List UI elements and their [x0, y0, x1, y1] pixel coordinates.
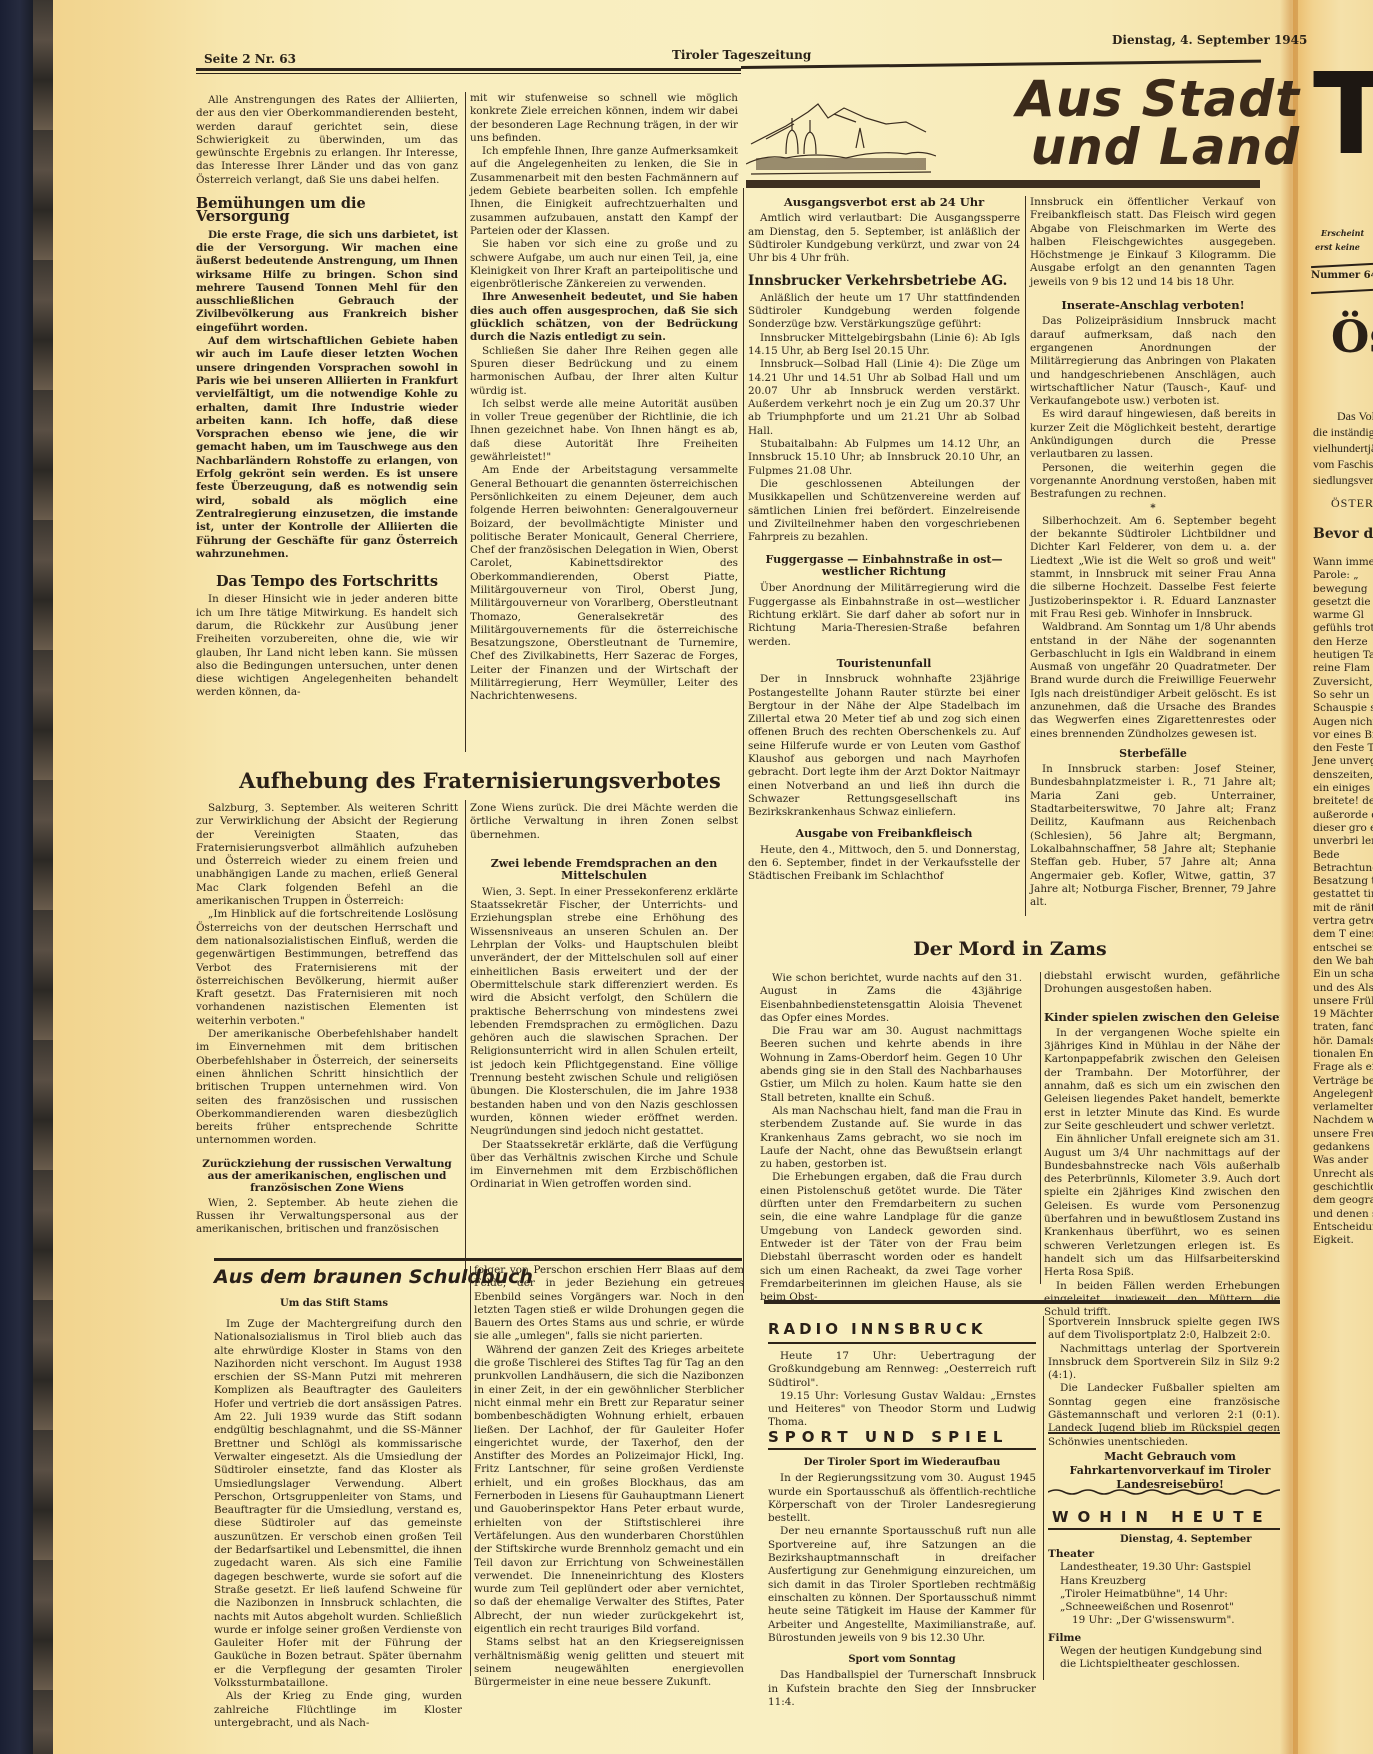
banner-rule [746, 180, 1260, 188]
paragraph: Der amerikanische Oberbefehlshaber hande… [196, 1028, 458, 1148]
subheadline-freibank: Ausgabe von Freibankfleisch [748, 827, 1020, 840]
subheadline-inserate: Inserate-Anschlag verboten! [1030, 299, 1276, 312]
banner-line-1: Aus Stadt [935, 75, 1300, 123]
paragraph: Heute 17 Uhr: Uebertragung der Großkundg… [768, 1350, 1036, 1390]
paragraph: Wien, 3. Sept. In einer Pressekonferenz … [470, 886, 738, 1139]
lead-line: die inständige [1313, 424, 1373, 440]
article-col2: mit wir stufenweise so schnell wie mögli… [470, 92, 738, 704]
title-underline [1048, 1528, 1280, 1530]
paragraph: 19.15 Uhr: Vorlesung Gustav Waldau: „Ern… [768, 1390, 1036, 1430]
headline-mord-zams: Der Mord in Zams [750, 938, 1270, 960]
paragraph: Stubaitalbahn: Ab Fulpmes um 14.12 Uhr, … [748, 438, 1020, 478]
wohin-listing: Theater Landestheater, 19.30 Uhr: Gastsp… [1048, 1548, 1280, 1672]
paragraph: Als man Nachschau hielt, fand man die Fr… [760, 1105, 1022, 1171]
headline-sport: SPORT UND SPIEL [768, 1428, 1008, 1446]
next-page-sub2: erst keine [1315, 242, 1360, 252]
subheadline-ivb: Innsbrucker Verkehrsbetriebe AG. [748, 275, 1020, 288]
paragraph: Nachmittags unterlag der Sportverein Inn… [1048, 1343, 1280, 1383]
subheadline-touristenunfall: Touristenunfall [748, 657, 1020, 670]
paragraph: Die erste Frage, die sich uns darbietet,… [196, 229, 458, 335]
paragraph: Es wird darauf hingewiesen, daß bereits … [1030, 408, 1276, 461]
sport-col2: Sportverein Innsbruck spielte gegen IWS … [1048, 1316, 1280, 1449]
paragraph: Der Staatssekretär erklärte, daß die Ver… [470, 1139, 738, 1192]
section-rule [214, 1258, 742, 1261]
paragraph: Sie haben vor sich eine zu große und zu … [470, 238, 738, 291]
paragraph: Während der ganzen Zeit des Krieges arbe… [474, 1344, 744, 1637]
column-divider [470, 1266, 471, 1676]
lead-line: Das Volk [1313, 408, 1373, 424]
paragraph: diebstahl erwischt wurden, gefährliche D… [1044, 970, 1280, 997]
article-mord-col1: Wie schon berichtet, wurde nachts auf de… [760, 972, 1022, 1304]
next-page-issue: Nummer 64 / [1311, 270, 1373, 281]
subheadline-kinder: Kinder spielen zwischen den Geleisen [1044, 1011, 1280, 1024]
page-number: Seite 2 Nr. 63 [204, 52, 296, 66]
masthead-rule [196, 73, 741, 74]
subheadline-ausgangsverbot: Ausgangsverbot erst ab 24 Uhr [748, 196, 1020, 209]
next-page-title: Ti [1313, 60, 1373, 170]
paragraph: Amtlich wird verlautbart: Die Ausgangssp… [748, 212, 1020, 265]
title-underline [768, 1342, 1036, 1344]
listing-item: „Tiroler Heimatbühne", 14 Uhr: „Schneewe… [1048, 1588, 1280, 1615]
paragraph: Innsbrucker Mittelgebirgsbahn (Linie 6):… [748, 332, 1020, 359]
article-fraternisierung-col1: Salzburg, 3. September. Als weiteren Sch… [196, 802, 458, 1237]
paragraph: In Innsbruck starben: Josef Steiner, Bun… [1030, 763, 1276, 909]
paragraph: Schließen Sie daher Ihre Reihen gegen al… [470, 345, 738, 398]
next-page-lead: Das Volk die inständige vielhundertjä vo… [1313, 408, 1373, 488]
newspaper-name: Tiroler Tageszeitung [672, 48, 811, 62]
subheadline-tempo: Das Tempo des Fortschritts [196, 575, 458, 588]
sport-col1: Der Tiroler Sport im Wiederaufbau In der… [768, 1456, 1036, 1709]
headline-radio: RADIO INNSBRUCK [768, 1320, 986, 1338]
lead-line: siedlungsvertr [1313, 472, 1373, 488]
listing-item: Landestheater, 19.30 Uhr: Gastspiel Hans… [1048, 1561, 1280, 1588]
subheadline-fuggergasse: Fuggergasse — Einbahnstraße in ost—westl… [748, 554, 1020, 578]
wohin-date: Dienstag, 4. September [1120, 1534, 1251, 1545]
paragraph: Das Polizeipräsidium Innsbruck macht dar… [1030, 315, 1276, 408]
subheadline-fremdsprachen: Zwei lebende Fremdsprachen an den Mittel… [488, 858, 720, 882]
banner-line-2: und Land [935, 123, 1300, 171]
paragraph: Über Anordnung der Militärregierung wird… [748, 582, 1020, 648]
lead-line: vom Faschism [1313, 456, 1373, 472]
article-fraternisierung-col2: Zone Wiens zurück. Die drei Mächte werde… [470, 802, 738, 1192]
next-newspaper-page: Ti Erscheint erst keine Nummer 64 / Ös D… [1293, 0, 1373, 1754]
binding-edge [33, 0, 53, 1754]
paragraph: Sportverein Innsbruck spielte gegen IWS … [1048, 1316, 1280, 1343]
asterisk-separator: * [1030, 502, 1276, 515]
divider [1311, 262, 1373, 268]
section-rule [1048, 1432, 1280, 1434]
paragraph: Die Landecker Fußballer spielten am Sonn… [1048, 1382, 1280, 1448]
page-gutter-shadow [1280, 0, 1298, 1754]
paragraph: Wien, 2. September. Ab heute ziehen die … [196, 1197, 458, 1237]
paragraph: In der vergangenen Woche spielte ein 3jä… [1044, 1027, 1280, 1133]
next-page-headline: Ös [1331, 312, 1373, 363]
paragraph: Der neu ernannte Sportausschuß ruft nun … [768, 1525, 1036, 1645]
paragraph: Ein ähnlicher Unfall ereignete sich am 3… [1044, 1133, 1280, 1279]
paragraph: folger von Perschon erschien Herr Blaas … [474, 1264, 744, 1344]
paragraph: „Im Hinblick auf die fortschreitende Los… [196, 908, 458, 1028]
paragraph: Ich empfehle Ihnen, Ihre ganze Aufmerksa… [470, 145, 738, 238]
paragraph: In der Regierungssitzung vom 30. August … [768, 1472, 1036, 1525]
paragraph: mit wir stufenweise so schnell wie mögli… [470, 92, 738, 145]
paragraph: Waldbrand. Am Sonntag um 1/8 Uhr abends … [1030, 621, 1276, 741]
masthead-rule [196, 68, 741, 71]
paragraph: Als der Krieg zu Ende ging, wurden zahlr… [214, 1690, 462, 1730]
paragraph: In dieser Hinsicht wie in jeder anderen … [196, 593, 458, 699]
column-divider [1025, 196, 1026, 916]
theater-label: Theater [1048, 1548, 1280, 1561]
paragraph: Ihre Anwesenheit bedeutet, und Sie haben… [470, 291, 738, 344]
paragraph: Der in Innsbruck wohnhafte 23jährige Pos… [748, 673, 1020, 819]
paragraph: Zone Wiens zurück. Die drei Mächte werde… [470, 802, 738, 842]
subheadline-versorgung: Bemühungen um die Versorgung [196, 197, 458, 224]
paragraph: Alle Anstrengungen des Rates der Alliier… [196, 94, 458, 187]
paragraph: Silberhochzeit. Am 6. September begeht d… [1030, 515, 1276, 621]
paragraph: Salzburg, 3. September. Als weiteren Sch… [196, 802, 458, 908]
article-mord-col2: diebstahl erwischt wurden, gefährliche D… [1044, 970, 1280, 1319]
article-col1: Alle Anstrengungen des Rates der Alliier… [196, 94, 458, 700]
divider [1311, 288, 1373, 294]
paragraph: Am Ende der Arbeitstagung versammelte Ge… [470, 464, 738, 703]
subheadline-stams: Um das Stift Stams [214, 1298, 454, 1309]
subheadline-rueckziehung: Zurückziehung der russischen Verwaltung … [196, 1158, 458, 1194]
paragraph: Die geschlossenen Abteilungen der Musikk… [748, 478, 1020, 544]
column-divider [1043, 1316, 1044, 1680]
subheadline-sterbefaelle: Sterbefälle [1030, 747, 1276, 760]
next-page-signature: ÖSTER [1331, 496, 1373, 511]
radio-program: Heute 17 Uhr: Uebertragung der Großkundg… [768, 1350, 1036, 1430]
book-binding [0, 0, 33, 1754]
lead-line: vielhundertjä [1313, 440, 1373, 456]
filme-label: Filme [1048, 1632, 1280, 1645]
paragraph: Heute, den 4., Mittwoch, den 5. und Donn… [748, 844, 1020, 884]
paragraph: Auf dem wirtschaftlichen Gebiete haben w… [196, 335, 458, 561]
issue-date: Dienstag, 4. September 1945 [1112, 33, 1307, 47]
column-divider [465, 800, 466, 1280]
ad-landesreisebuero: Macht Gebrauch vom Fahrkartenvorverkauf … [1060, 1450, 1280, 1492]
paragraph: Wie schon berichtet, wurde nachts auf de… [760, 972, 1022, 1025]
column-divider [743, 188, 744, 1293]
section-banner: Aus Stadt und Land [935, 75, 1300, 171]
headline-wohin-heute: WOHIN HEUTE [1052, 1508, 1272, 1526]
paragraph: Anläßlich der heute um 17 Uhr stattfinde… [748, 292, 1020, 332]
paragraph: Innsbruck ein öffentlicher Verkauf von F… [1030, 196, 1276, 289]
listing-item: Wegen der heutigen Kundgebung sind die L… [1048, 1645, 1280, 1672]
headline-fraternisierung: Aufhebung des Fraternisierungsverbotes [220, 768, 740, 793]
wavy-divider [1048, 1488, 1280, 1496]
article-schuldbuch-col2: folger von Perschon erschien Herr Blaas … [474, 1264, 744, 1690]
local-news-col2: Innsbruck ein öffentlicher Verkauf von F… [1030, 196, 1276, 909]
paragraph: Personen, die weiterhin gegen die vorgen… [1030, 462, 1276, 502]
column-divider [1040, 972, 1041, 1284]
innsbruck-skyline-illustration [746, 84, 936, 179]
next-page-body: Wann immer die Parole: „ bewegung gesetz… [1313, 556, 1373, 1247]
column-divider [465, 92, 466, 752]
next-page-subheadline: Bevor di [1313, 526, 1373, 542]
paragraph: Stams selbst hat an den Kriegsereignisse… [474, 1636, 744, 1689]
article-schuldbuch-col1: Im Zuge der Machtergreifung durch den Na… [214, 1318, 462, 1730]
subheadline-wiederaufbau: Der Tiroler Sport im Wiederaufbau [768, 1456, 1036, 1469]
paragraph: Innsbruck—Solbad Hall (Linie 4): Die Züg… [748, 358, 1020, 438]
local-news-col1: Ausgangsverbot erst ab 24 Uhr Amtlich wi… [748, 196, 1020, 884]
section-rule [764, 1300, 1280, 1304]
subheadline-sonntag: Sport vom Sonntag [768, 1653, 1036, 1666]
paragraph: Das Handballspiel der Turnerschaft Innsb… [768, 1669, 1036, 1709]
title-underline [768, 1448, 1036, 1450]
paragraph: Die Erhebungen ergaben, daß die Frau dur… [760, 1171, 1022, 1304]
paragraph: Ich selbst werde alle meine Autorität au… [470, 398, 738, 464]
paragraph: Im Zuge der Machtergreifung durch den Na… [214, 1318, 462, 1690]
next-page-sub1: Erscheint [1321, 228, 1364, 238]
paragraph: Die Frau war am 30. August nachmittags B… [760, 1025, 1022, 1105]
listing-item: 19 Uhr: „Der G'wissenswurm". [1048, 1614, 1280, 1627]
